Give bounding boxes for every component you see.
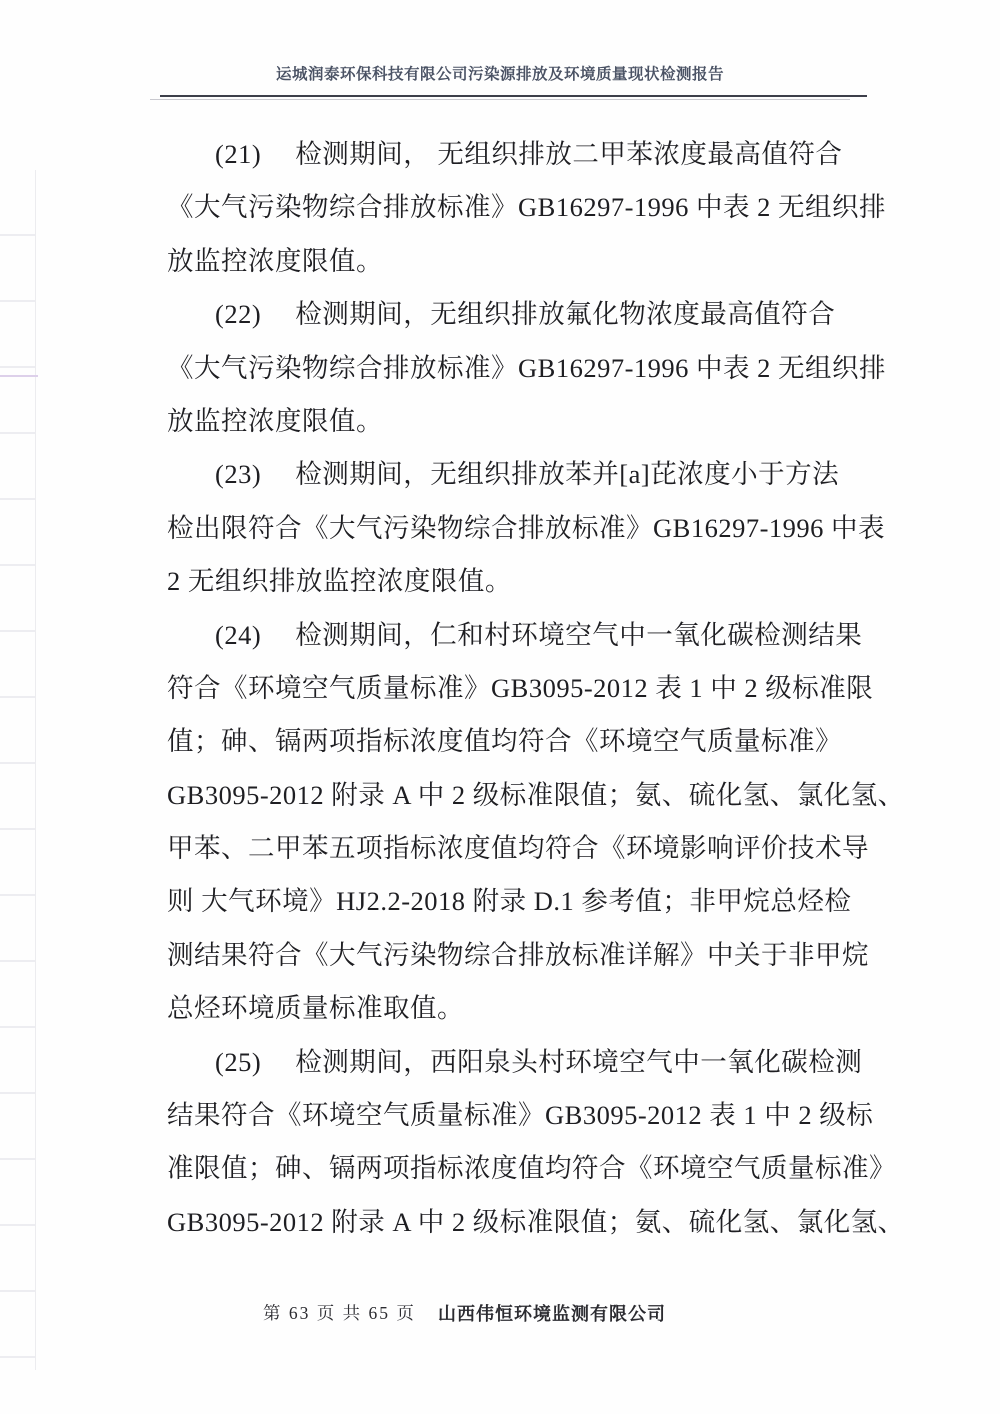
paragraph-22-line: (22) 检测期间，无组织排放氟化物浓度最高值符合: [167, 288, 879, 341]
header-rule-shadow: [150, 99, 850, 100]
paragraph-24-line: 测结果符合《大气污染物综合排放标准详解》中关于非甲烷: [167, 929, 879, 982]
paragraph-25-line: 准限值；砷、镉两项指标浓度值均符合《环境空气质量标准》: [167, 1142, 879, 1195]
footer-company-name: 山西伟恒环境监测有限公司: [438, 1300, 666, 1326]
paragraph-22-line: 《大气污染物综合排放标准》GB16297-1996 中表 2 无组织排: [167, 342, 879, 395]
paragraph-24-line: GB3095-2012 附录 A 中 2 级标准限值；氨、硫化氢、氯化氢、: [167, 769, 879, 822]
paragraph-23-line: 2 无组织排放监控浓度限值。: [167, 555, 879, 608]
paragraph-25-line: (25) 检测期间，西阳泉头村环境空气中一氧化碳检测: [167, 1036, 879, 1089]
paragraph-25-line: 结果符合《环境空气质量标准》GB3095-2012 表 1 中 2 级标: [167, 1089, 879, 1142]
document-body: (21) 检测期间， 无组织排放二甲苯浓度最高值符合 《大气污染物综合排放标准》…: [167, 128, 879, 1249]
paragraph-23-line: 检出限符合《大气污染物综合排放标准》GB16297-1996 中表: [167, 502, 879, 555]
page-number: 第 63 页 共 65 页: [263, 1300, 416, 1325]
page-footer: 第 63 页 共 65 页 山西伟恒环境监测有限公司: [0, 1300, 1000, 1330]
paragraph-24-line: 总烃环境质量标准取值。: [167, 982, 879, 1035]
paragraph-24-line: (24) 检测期间，仁和村环境空气中一氧化碳检测结果: [167, 609, 879, 662]
document-page: 运城润泰环保科技有限公司污染源排放及环境质量现状检测报告 (21) 检测期间， …: [0, 0, 1000, 1414]
paragraph-24-line: 符合《环境空气质量标准》GB3095-2012 表 1 中 2 级标准限: [167, 662, 879, 715]
scan-artifact-purple-line: [0, 375, 38, 377]
paragraph-21-line: 《大气污染物综合排放标准》GB16297-1996 中表 2 无组织排: [167, 181, 879, 234]
page-header-title: 运城润泰环保科技有限公司污染源排放及环境质量现状检测报告: [0, 62, 1000, 84]
paragraph-21-line: (21) 检测期间， 无组织排放二甲苯浓度最高值符合: [167, 128, 879, 181]
header-rule: [160, 95, 867, 97]
paragraph-24-line: 值；砷、镉两项指标浓度值均符合《环境空气质量标准》: [167, 715, 879, 768]
scan-artifact-grid: [0, 170, 36, 1370]
paragraph-21-line: 放监控浓度限值。: [167, 235, 879, 288]
paragraph-22-line: 放监控浓度限值。: [167, 395, 879, 448]
paragraph-24-line: 则 大气环境》HJ2.2-2018 附录 D.1 参考值；非甲烷总烃检: [167, 875, 879, 928]
paragraph-25-line: GB3095-2012 附录 A 中 2 级标准限值；氨、硫化氢、氯化氢、: [167, 1196, 879, 1249]
paragraph-24-line: 甲苯、二甲苯五项指标浓度值均符合《环境影响评价技术导: [167, 822, 879, 875]
paragraph-23-line: (23) 检测期间，无组织排放苯并[a]芘浓度小于方法: [167, 448, 879, 501]
